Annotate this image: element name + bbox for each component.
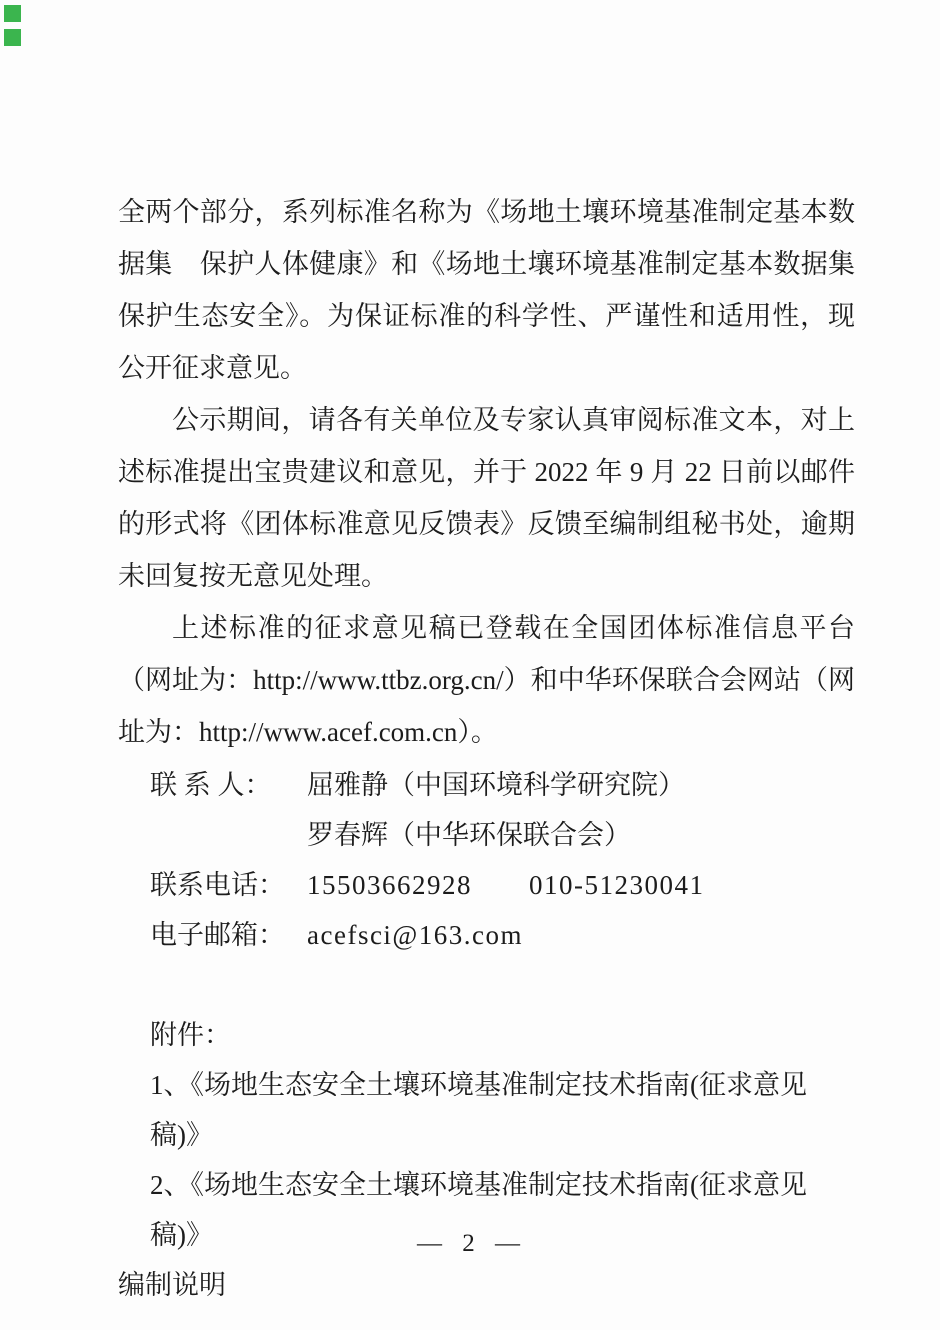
attachment-item-2-continuation: 编制说明: [118, 1260, 855, 1310]
contact-email-line: 电子邮箱：acefsci@163.com: [118, 910, 855, 960]
contact-phone-value: 15503662928 010-51230041: [307, 870, 705, 900]
contact-person-line: 联 系 人：屈雅静（中国环境科学研究院）: [118, 760, 855, 810]
paragraph-continuation: 全两个部分，系列标准名称为《场地土壤环境基准制定基本数据集 保护人体健康》和《场…: [118, 186, 855, 394]
paragraph-public-notice: 公示期间，请各有关单位及专家认真审阅标准文本，对上述标准提出宝贵建议和意见，并于…: [118, 394, 855, 602]
document-body: 全两个部分，系列标准名称为《场地土壤环境基准制定基本数据集 保护人体健康》和《场…: [118, 186, 855, 1310]
contact-person-value-2: 罗春辉（中华环保联合会）: [307, 820, 631, 850]
scanned-document-page: 全两个部分，系列标准名称为《场地土壤环境基准制定基本数据集 保护人体健康》和《场…: [0, 0, 940, 1330]
attachments-heading: 附件：: [118, 1010, 855, 1060]
contact-phone-line: 联系电话：15503662928 010-51230041: [118, 860, 855, 910]
contact-person-line-2: 罗春辉（中华环保联合会）: [118, 810, 855, 860]
green-marker-icon: [4, 29, 21, 46]
attachments-block: 附件： 1、《场地生态安全土壤环境基准制定技术指南(征求意见稿)》 2、《场地生…: [118, 1010, 855, 1310]
contact-person-label: 联 系 人：: [150, 760, 307, 810]
contact-email-label: 电子邮箱：: [150, 910, 307, 960]
paragraph-platform-urls: 上述标准的征求意见稿已登载在全国团体标准信息平台（网址为：http://www.…: [118, 602, 855, 758]
page-number: — 2 —: [0, 1230, 940, 1258]
green-marker-icon: [4, 5, 21, 22]
attachment-item-1: 1、《场地生态安全土壤环境基准制定技术指南(征求意见稿)》: [118, 1060, 855, 1160]
contact-block: 联 系 人：屈雅静（中国环境科学研究院） 罗春辉（中华环保联合会） 联系电话：1…: [118, 760, 855, 960]
contact-email-value: acefsci@163.com: [307, 920, 523, 950]
contact-phone-label: 联系电话：: [150, 860, 307, 910]
contact-person-value: 屈雅静（中国环境科学研究院）: [307, 770, 685, 800]
